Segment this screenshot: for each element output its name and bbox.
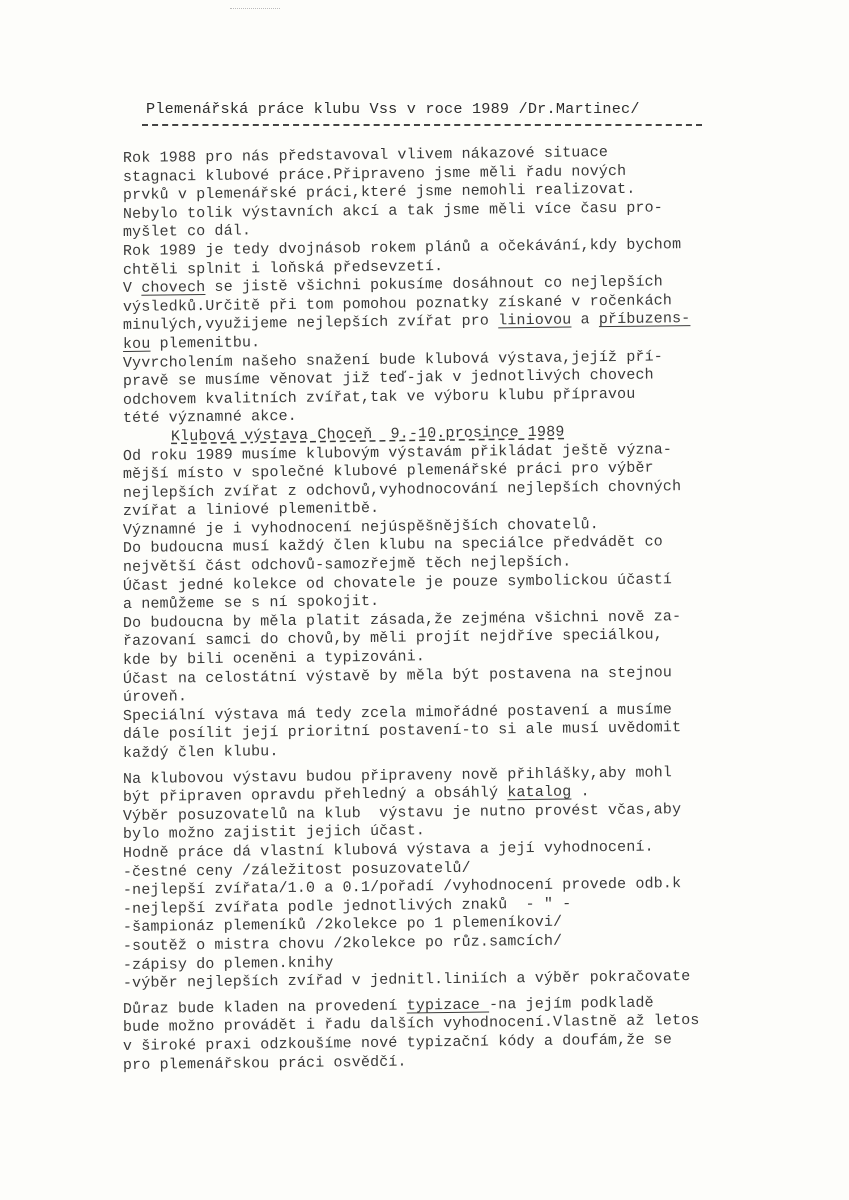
document-page: Plemenářská práce klubu Vss v roce 1989 …: [0, 0, 849, 1200]
section-heading-text: Klubová výstava Choceň 9.-10.prosince 19…: [171, 424, 565, 446]
text-run: -na jejím podkladě: [489, 994, 654, 1013]
text-run: plemenitbu.: [150, 334, 260, 352]
underlined-term: chovech: [141, 279, 205, 297]
text-run: Důraz bude kladen na provedení: [123, 997, 407, 1017]
underlined-term: příbuzens-: [599, 310, 691, 328]
text-run: a: [571, 312, 599, 329]
paper-mark: [230, 8, 280, 11]
underlined-term: typizace: [407, 996, 490, 1014]
document-title: Plemenářská práce klubu Vss v roce 1989 …: [146, 100, 640, 118]
underlined-term: kou: [123, 336, 151, 353]
title-underline: [142, 124, 702, 126]
text-run: V: [123, 280, 142, 297]
text-run: .: [571, 783, 590, 800]
text-run: být připraven opravdu přehledný a obsáhl…: [123, 784, 508, 806]
underlined-term: liniovou: [498, 312, 571, 330]
document-body: Rok 1988 pro nás představoval vlivem nák…: [123, 150, 823, 1075]
underlined-term: katalog: [507, 784, 571, 802]
